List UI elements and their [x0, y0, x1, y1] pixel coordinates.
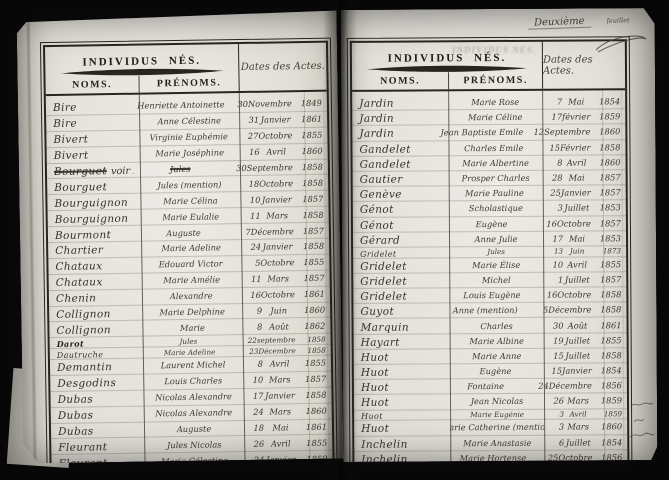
prenom-cell: Laurent Michel — [143, 359, 243, 371]
date-year: 1858 — [591, 305, 623, 315]
date-month: Janvier — [260, 194, 293, 205]
date-cell: 13Juin1873 — [543, 246, 626, 256]
date-year: 1873 — [591, 247, 623, 256]
date-year: 1858 — [294, 241, 326, 252]
date-year: 1855 — [294, 257, 326, 268]
date-month: Mars — [264, 406, 297, 417]
prenom-text: Louis Charles — [164, 376, 222, 387]
date-month: Juin — [563, 247, 591, 256]
prenom-text: Auguste — [166, 227, 201, 238]
date-cell: 30Août1861 — [544, 320, 627, 331]
date-day: 11 — [246, 274, 262, 284]
nom-text: Desgodins — [57, 377, 116, 390]
date-cell: 10Janvier1857 — [240, 193, 328, 204]
date-year: 1853 — [591, 203, 623, 213]
date-cell: 1Juillet1857 — [543, 274, 626, 285]
date-year: 1853 — [591, 233, 623, 243]
date-month: Janvier — [561, 188, 591, 198]
date-month: Mars — [261, 210, 294, 221]
date-year: 1857 — [591, 274, 623, 284]
date-day: 6 — [548, 437, 564, 447]
date-year: 1854 — [592, 437, 624, 447]
prenom-text: Eugène — [476, 219, 508, 229]
prenom-cell: Marie Delphine — [142, 306, 242, 318]
date-month: Mai — [563, 172, 591, 182]
date-day: 31 — [243, 115, 259, 125]
nom-cell: Inchelin — [354, 449, 447, 466]
date-year: 1855 — [297, 438, 329, 449]
prenom-cell: Anne (mention) — [442, 305, 528, 316]
scanned-register-spread: INDIVIDUS NÉS. NOMS. PRÉNOMS. Dates des … — [0, 0, 669, 480]
date-year: 1859 — [297, 453, 329, 464]
date-day: 30 — [548, 320, 564, 330]
prenom-text: Charles — [480, 320, 512, 330]
register-row: Inchelin Marie Hortense 25Octobre1856 — [354, 450, 627, 466]
date-year: 1855 — [292, 130, 324, 141]
prenom-text: Jean Baptiste Emile — [440, 127, 523, 138]
prenom-text: Laurent Michel — [161, 360, 226, 371]
date-year: 1858 — [591, 289, 623, 299]
prenom-text: Marie Joséphine — [155, 147, 224, 158]
date-year: 1857 — [591, 218, 623, 228]
prenom-cell: Marie Adeline — [141, 347, 239, 358]
col-header-prenoms: PRÉNOMS. — [449, 72, 542, 90]
date-cell: 18Mai1861 — [244, 422, 332, 433]
prenom-text: Jules — [170, 164, 191, 174]
register-row: Fleurant Marie Célestine 24Janvier1859 — [51, 451, 332, 467]
date-cell: 3Juillet1853 — [543, 203, 626, 214]
prenom-cell: Marie Amélie — [142, 274, 242, 286]
prenom-text: Marie Amélie — [163, 275, 220, 286]
date-year: 1861 — [295, 289, 327, 300]
date-day: 23 — [242, 346, 258, 355]
date-year: 1857 — [294, 225, 326, 236]
prenom-text: Auguste — [177, 423, 212, 434]
prenom-cell: Jules — [449, 247, 543, 257]
date-year: 1858 — [590, 142, 622, 152]
date-cell: 24Janvier1859 — [244, 453, 332, 464]
prenom-cell: Jules (mention) — [140, 179, 240, 191]
date-year: 1859 — [590, 112, 622, 122]
nom-text: Chartier — [55, 245, 103, 258]
prenom-cell: Marie Anastasie — [450, 437, 544, 448]
nom-text: Bourmont — [55, 229, 111, 242]
date-cell: 15Janvier1854 — [542, 365, 627, 376]
prenom-cell: Jean Nicolas — [450, 396, 544, 407]
nom-text: Bourguet — [54, 181, 107, 194]
date-cell: 7Décembre1857 — [231, 225, 329, 237]
prenom-text: Michel — [482, 275, 511, 285]
date-year: 1860 — [297, 406, 329, 417]
date-cell: 18Octobre1858 — [239, 178, 328, 189]
prenom-text: Marie Élise — [472, 260, 520, 270]
date-cell: 30Novembre1849 — [228, 98, 327, 110]
date-cell: 17Janvier1858 — [243, 390, 331, 401]
date-day: 10 — [247, 375, 263, 385]
nom-text: Dubas — [58, 425, 94, 438]
date-month: Décembre — [258, 346, 296, 356]
nom-text: Bire — [53, 118, 77, 130]
nom-text: Bivert — [54, 150, 89, 163]
prenom-cell: Anne Célestine — [139, 115, 239, 127]
prenom-cell: Eugène — [446, 218, 537, 229]
prenom-cell: Louis Eugène — [446, 290, 537, 301]
prenom-text: Charles Emile — [464, 143, 523, 153]
date-month: Avril — [563, 157, 591, 167]
prenom-text: Marie — [180, 323, 205, 333]
prenom-text: Marie Célestine — [161, 455, 228, 466]
prenom-cell: Virginie Euphémie — [139, 131, 239, 143]
date-month: Décembre — [251, 226, 294, 237]
page-crease — [26, 15, 38, 463]
date-month: Avril — [563, 259, 591, 269]
prenom-text: Marie Célina — [163, 195, 218, 206]
prenom-cell: Marie Rose — [448, 97, 542, 108]
prenom-text: Marie Hortense — [460, 453, 527, 463]
prenom-cell: Anne Julie — [449, 234, 543, 245]
date-cell: 16Octobre1861 — [241, 289, 330, 300]
date-cell: 16Avril1860 — [240, 146, 328, 157]
date-cell: 17février1859 — [542, 112, 625, 123]
prenom-text: Marie Pauline — [465, 188, 524, 198]
date-month: Octobre — [261, 289, 295, 300]
date-year: 1860 — [591, 157, 623, 167]
date-day: 16 — [245, 290, 261, 300]
date-day: 18 — [248, 423, 264, 433]
prenom-cell: Marie Catherine (mention) — [450, 422, 544, 433]
date-day: 17 — [546, 112, 562, 122]
date-month: Janvier — [264, 454, 297, 465]
date-day: 3 — [548, 410, 564, 419]
prenom-text: Jules Nicolas — [167, 439, 222, 450]
prenom-text: Louis Eugène — [463, 290, 520, 300]
prenom-cell: Louis Charles — [143, 375, 243, 387]
date-cell: 10Mars1857 — [243, 374, 331, 385]
date-day: 1 — [547, 275, 563, 285]
date-month: Janvier — [259, 115, 292, 126]
date-month: Avril — [564, 409, 592, 418]
nom-text: Dubas — [58, 409, 94, 422]
date-cell: 6Juillet1854 — [544, 437, 627, 448]
date-cell: 8Août1862 — [242, 321, 330, 332]
date-cell: 15Juillet1858 — [544, 350, 627, 361]
date-year: 1858 — [293, 178, 325, 189]
date-day: 30 — [232, 99, 248, 109]
prenom-cell: Nicolas Alexandre — [144, 407, 244, 419]
date-month: Juin — [262, 305, 295, 316]
date-month: Novembre — [248, 99, 292, 110]
prenom-cell: Marie Célestine — [144, 455, 244, 467]
date-month: Avril — [263, 359, 296, 370]
date-month: Septembre — [544, 127, 590, 137]
prenom-cell: Marie Adeline — [141, 242, 241, 254]
date-month: Octobre — [259, 178, 293, 189]
nom-cell: Inchelin — [354, 464, 450, 466]
date-year: 1858 — [296, 334, 328, 344]
date-year: 1849 — [292, 98, 324, 109]
date-month: Mai — [563, 233, 591, 243]
col-header-noms: NOMS. — [352, 72, 449, 90]
header-title: INDIVIDUS NÉS. — [45, 44, 238, 69]
col-header-prenoms: PRÉNOMS. — [139, 74, 238, 93]
date-cell: 3Mars1860 — [544, 422, 627, 433]
prenom-cell: Alexandre — [141, 290, 241, 302]
date-cell: 22septembre1858 — [237, 334, 331, 344]
register-table: INDIVIDUS NÉS. NOMS. PRÉNOMS. Dates des … — [350, 39, 630, 468]
date-year: 1857 — [591, 172, 623, 182]
prenom-text: Scholastique — [469, 203, 523, 213]
column-headers: NOMS. PRÉNOMS. — [45, 74, 238, 94]
date-cell: 11Mars1857 — [242, 273, 330, 284]
prenom-text: Anne (mention) — [453, 305, 518, 315]
prenom-text: Marie Eulalie — [162, 211, 219, 222]
date-year: 1855 — [296, 358, 328, 369]
nom-text: Demantin — [57, 361, 112, 374]
prenom-text: Anne Julie — [474, 234, 517, 244]
date-year: 1856 — [592, 381, 624, 391]
prenom-text: Prosper Charles — [462, 173, 530, 183]
prenom-text: Anne Célestine — [157, 116, 221, 127]
date-month: Juillet — [564, 350, 592, 360]
prenom-cell: Marie Albine — [450, 335, 544, 346]
date-year: 1858 — [293, 162, 325, 173]
date-cell: 11Mars1858 — [241, 209, 329, 220]
date-month: Juillet — [563, 203, 591, 213]
date-year: 1858 — [294, 209, 326, 220]
nom-text: Bourguet — [54, 165, 107, 178]
date-month: Octobre — [557, 218, 591, 228]
prenom-cell: Jean Baptiste Emile — [439, 127, 524, 138]
marginal-pen-mark — [630, 400, 654, 409]
date-day: 8 — [246, 322, 262, 332]
date-year: 1855 — [592, 335, 624, 345]
date-day: 24 — [533, 381, 549, 391]
prenom-text: Fontaine — [467, 381, 504, 391]
annotation-word: Deuxième — [528, 16, 591, 30]
date-year: 1860 — [293, 146, 325, 157]
prenom-cell: Marie Anne — [450, 351, 544, 362]
date-cell: 8Avril1860 — [543, 157, 626, 168]
date-cell: 8Avril1855 — [243, 358, 331, 369]
prenom-text: Jules (mention) — [157, 179, 221, 190]
date-day: 24 — [248, 454, 264, 464]
register-row: Inchelin Charles 13Avril1860 — [354, 465, 627, 466]
prenom-cell: Marie Élise — [449, 259, 543, 270]
date-day: 3 — [548, 422, 564, 432]
date-cell: 24Mars1860 — [244, 406, 332, 417]
date-cell: 19Juillet1855 — [544, 335, 627, 346]
date-cell: 28Mai1857 — [543, 172, 626, 183]
date-month: Juillet — [564, 437, 592, 447]
date-day: 5 — [532, 305, 548, 315]
table-body: Jardin Marie Rose 7Mai1854 Jardin Marie … — [352, 90, 627, 466]
prenom-cell: Marie Pauline — [448, 188, 541, 199]
prenom-cell: Edouard Victor — [141, 258, 241, 270]
date-day: 8 — [547, 157, 563, 167]
nom-text: Collignon — [56, 308, 111, 321]
prenom-cell: Marie Célina — [140, 195, 240, 207]
marginal-pen-mark — [632, 416, 646, 425]
prenom-cell: Charles Emile — [447, 142, 540, 153]
prenom-cell: Marie Hortense — [447, 453, 538, 464]
date-year: 1858 — [296, 390, 328, 401]
date-month: Octobre — [558, 452, 592, 462]
date-month: Mai — [562, 97, 590, 107]
column-headers: NOMS. PRÉNOMS. — [352, 72, 542, 90]
prenom-text: Marie Albine — [469, 336, 524, 346]
col-header-noms: NOMS. — [45, 76, 139, 94]
prenom-text: Alexandre — [170, 291, 213, 302]
nom-text: Chataux — [55, 261, 102, 274]
date-month: Juillet — [564, 335, 592, 345]
date-year: 1859 — [592, 409, 624, 418]
prenom-text: Edouard Victor — [159, 259, 223, 270]
date-month: Janvier — [562, 366, 592, 376]
date-day: 24 — [248, 407, 264, 417]
prenom-text: Marie Albertine — [462, 158, 529, 168]
date-year: 1857 — [296, 374, 328, 385]
prenom-cell: Nicolas Alexandre — [143, 391, 243, 403]
prenom-cell: Marie Joséphine — [140, 147, 240, 159]
date-year: 1857 — [295, 273, 327, 284]
prenom-cell: Scholastique — [449, 203, 543, 214]
date-month: Février — [560, 142, 590, 152]
date-month: Mars — [263, 374, 296, 385]
prenom-cell: Marie Albertine — [449, 158, 543, 169]
date-day: 15 — [544, 142, 560, 152]
date-cell: 12Septembre1860 — [524, 127, 625, 138]
prenom-cell: Henriette Antoinette — [134, 100, 228, 111]
nom-renvoi-note: voir Darot — [111, 165, 134, 177]
date-day: 9 — [246, 306, 262, 316]
date-year: 1859 — [592, 396, 624, 406]
prenom-text: Marie Eugénie — [470, 410, 524, 419]
date-year: 1861 — [592, 320, 624, 330]
date-day: 7 — [546, 97, 562, 107]
date-day: 3 — [547, 203, 563, 213]
date-month: septembre — [257, 335, 296, 345]
date-day: 11 — [245, 210, 261, 220]
date-year: 1855 — [591, 259, 623, 269]
prenom-text: Marie Céline — [468, 112, 522, 122]
header-individus-nes: INDIVIDUS NÉS. NOMS. PRÉNOMS. — [45, 44, 240, 94]
date-cell: 17Mai1853 — [543, 233, 626, 244]
date-year: 1854 — [592, 365, 624, 375]
prenom-cell: Eugène — [449, 366, 542, 377]
date-cell: 25Octobre1856 — [538, 452, 627, 463]
date-day: 28 — [547, 173, 563, 183]
date-year: 1856 — [592, 452, 624, 462]
prenom-text: Virginie Euphémie — [149, 131, 228, 142]
prenom-cell: Marie Eulalie — [141, 211, 241, 223]
date-cell: 31Janvier1861 — [239, 114, 327, 125]
rows-container: Bire Henriette Antoinette 30Novembre1849… — [46, 96, 333, 467]
date-cell: 16Octobre1857 — [537, 218, 626, 229]
prenom-text: Marie Adeline — [161, 243, 221, 254]
marginal-pen-mark — [629, 430, 655, 440]
nom-text: Chenin — [56, 292, 96, 305]
date-year: 1860 — [592, 422, 624, 432]
date-month: Octobre — [258, 130, 292, 141]
nom-text: Bivert — [53, 134, 88, 147]
nom-text: Inchelin — [361, 453, 408, 465]
date-day: 19 — [548, 335, 564, 345]
date-day: 15 — [546, 366, 562, 376]
date-cell: 26Avril1855 — [244, 437, 332, 448]
nom-text: Bire — [53, 102, 77, 114]
pen-flourish — [592, 33, 650, 53]
date-day: 10 — [244, 195, 260, 205]
date-day: 26 — [248, 439, 264, 449]
date-day: 10 — [547, 259, 563, 269]
table-header: INDIVIDUS NÉS. NOMS. PRÉNOMS. Dates des … — [45, 43, 327, 96]
date-cell: 25Janvier1857 — [541, 187, 626, 198]
prenom-cell: Marie Céline — [448, 112, 542, 123]
date-cell: 23Décembre1858 — [238, 345, 331, 355]
date-month: février — [562, 112, 590, 122]
date-month: Octobre — [557, 290, 591, 300]
date-day: 5 — [244, 258, 260, 268]
nom-text: Chataux — [56, 276, 103, 289]
prenom-text: Nicolas Alexandre — [155, 407, 232, 418]
date-cell: 10Avril1855 — [543, 259, 626, 270]
date-year: 1858 — [296, 345, 328, 355]
prenom-text: Eugène — [479, 366, 511, 376]
date-year: 1860 — [295, 305, 327, 316]
prenom-text: Marie Rose — [471, 97, 519, 107]
date-year: 1860 — [590, 127, 622, 137]
date-day: 16 — [244, 147, 260, 157]
prenom-cell: Auguste — [136, 227, 231, 238]
date-month: Décembre — [549, 381, 592, 391]
prenom-cell: Jules — [134, 163, 227, 174]
date-day: 7 — [235, 226, 251, 236]
date-cell: 5Octobre1855 — [240, 257, 329, 268]
date-year: 1861 — [292, 114, 324, 125]
prenom-text: Marie Adeline — [164, 347, 216, 357]
date-year: 1861 — [297, 422, 329, 433]
date-month: Mars — [564, 422, 592, 432]
prenom-cell: Marie — [142, 322, 242, 334]
prenom-cell: Jules Nicolas — [144, 439, 244, 451]
rows-container: Jardin Marie Rose 7Mai1854 Jardin Marie … — [352, 94, 627, 466]
prenom-text: Jean Nicolas — [471, 396, 524, 406]
col-header-dates: Dates des Actes. — [239, 43, 327, 91]
date-cell: 3Avril1859 — [544, 409, 627, 419]
date-day: 30 — [231, 163, 247, 173]
prenom-text: Jules — [179, 336, 197, 345]
prenom-cell: Marie Eugénie — [450, 410, 544, 420]
register-page-left: INDIVIDUS NÉS. NOMS. PRÉNOMS. Dates des … — [17, 11, 344, 464]
date-month: Juillet — [563, 274, 591, 284]
date-month: Mars — [262, 273, 295, 284]
annotation-word: feuillet — [606, 16, 629, 25]
date-cell: 30Septembre1858 — [227, 162, 328, 174]
date-month: Avril — [264, 438, 297, 449]
prenom-text: Marie Delphine — [159, 306, 225, 317]
prenom-cell: Charles — [450, 320, 544, 331]
date-day: 18 — [243, 179, 259, 189]
nom-text: Dubas — [57, 394, 93, 407]
date-day: 26 — [548, 396, 564, 406]
prenom-cell: Prosper Charles — [449, 173, 543, 184]
prenom-text: Marie Anne — [472, 351, 521, 361]
date-year: 1858 — [592, 350, 624, 360]
prenom-text: Jules — [487, 247, 505, 256]
date-year: 1857 — [591, 187, 623, 197]
date-month: Mars — [564, 396, 592, 406]
date-cell: 24Janvier1858 — [241, 241, 329, 252]
